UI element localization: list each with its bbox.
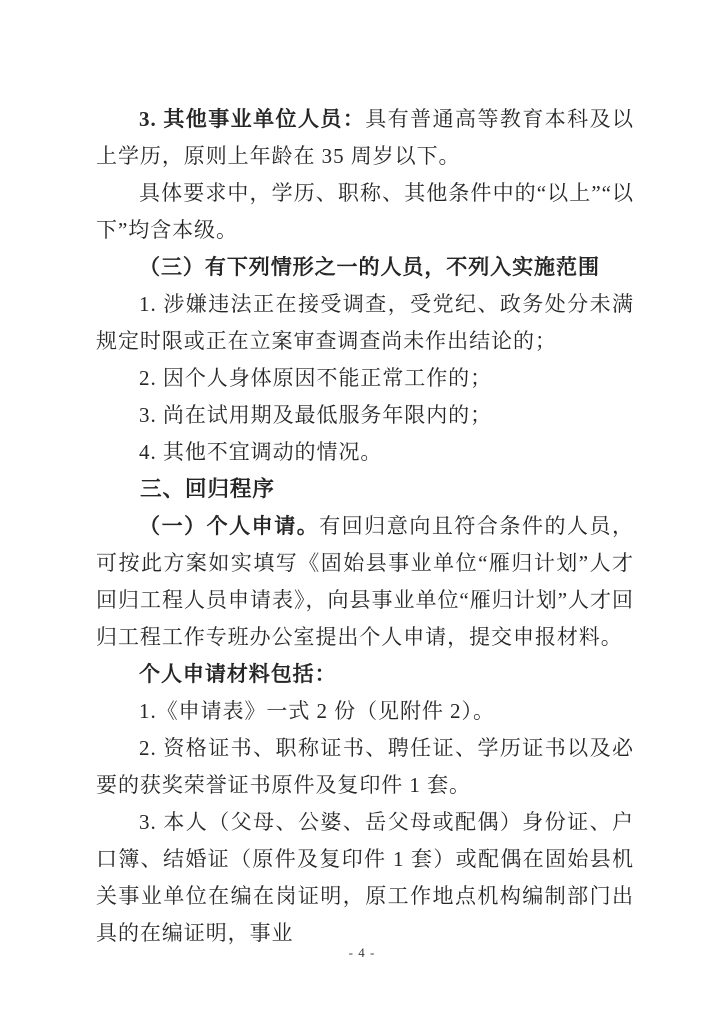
paragraph: 3. 尚在试用期及最低服务年限内的； — [96, 397, 634, 434]
paragraph: 2. 资格证书、职称证书、聘任证、学历证书以及必要的获奖荣誉证书原件及复印件 1… — [96, 730, 634, 804]
page-number: - 4 - — [0, 945, 724, 961]
paragraph-bold-lead: 3. 其他事业单位人员： — [139, 107, 365, 131]
paragraph: 1. 涉嫌违法正在接受调查，受党纪、政务处分未满规定时限或正在立案审查调查尚未作… — [96, 286, 634, 360]
paragraph-text: 1.《申请表》一式 2 份（见附件 2）。 — [139, 699, 495, 723]
paragraph-text: 2. 资格证书、职称证书、聘任证、学历证书以及必要的获奖荣誉证书原件及复印件 1… — [96, 736, 634, 797]
paragraph: 1.《申请表》一式 2 份（见附件 2）。 — [96, 693, 634, 730]
paragraph: 2. 因个人身体原因不能正常工作的； — [96, 360, 634, 397]
paragraph: 3. 其他事业单位人员：具有普通高等教育本科及以上学历，原则上年龄在 35 周岁… — [96, 101, 634, 175]
paragraph-text: 具体要求中，学历、职称、其他条件中的“以上”“以下”均含本级。 — [96, 181, 634, 242]
paragraph: （一）个人申请。有回归意向且符合条件的人员，可按此方案如实填写《固始县事业单位“… — [96, 508, 634, 656]
paragraph-text: 个人申请材料包括： — [139, 662, 337, 686]
paragraph-text: 1. 涉嫌违法正在接受调查，受党纪、政务处分未满规定时限或正在立案审查调查尚未作… — [96, 292, 634, 353]
paragraph-text: （三）有下列情形之一的人员，不列入实施范围 — [139, 255, 600, 279]
section-heading: （三）有下列情形之一的人员，不列入实施范围 — [96, 249, 634, 286]
paragraph: 具体要求中，学历、职称、其他条件中的“以上”“以下”均含本级。 — [96, 175, 634, 249]
section-heading: 三、回归程序 — [96, 471, 634, 508]
paragraph-text: 4. 其他不宜调动的情况。 — [139, 440, 382, 464]
paragraph-text: 3. 本人（父母、公婆、岳父母或配偶）身份证、户口簿、结婚证（原件及复印件 1 … — [96, 810, 634, 945]
section-heading: 个人申请材料包括： — [96, 656, 634, 693]
document-page: 3. 其他事业单位人员：具有普通高等教育本科及以上学历，原则上年龄在 35 周岁… — [0, 0, 724, 1024]
paragraph-text: 三、回归程序 — [140, 477, 275, 501]
paragraph-text: 3. 尚在试用期及最低服务年限内的； — [139, 403, 492, 427]
paragraph: 3. 本人（父母、公婆、岳父母或配偶）身份证、户口簿、结婚证（原件及复印件 1 … — [96, 804, 634, 952]
paragraph-text: 2. 因个人身体原因不能正常工作的； — [139, 366, 492, 390]
paragraph-bold-lead: （一）个人申请。 — [139, 514, 319, 538]
paragraph: 4. 其他不宜调动的情况。 — [96, 434, 634, 471]
document-body: 3. 其他事业单位人员：具有普通高等教育本科及以上学历，原则上年龄在 35 周岁… — [96, 101, 634, 952]
